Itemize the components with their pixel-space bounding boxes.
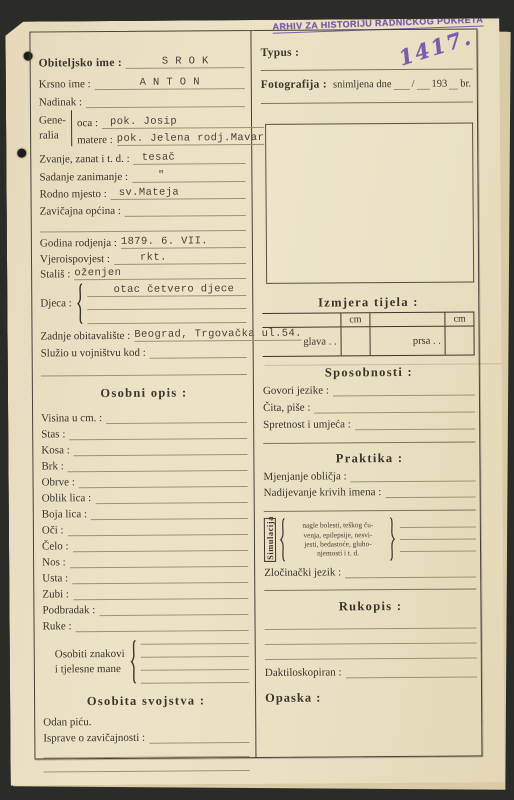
- field-line: [68, 458, 248, 472]
- field-label: Stališ :: [40, 269, 74, 280]
- field-line: [449, 77, 458, 90]
- field-height: Visina u cm. :: [41, 407, 247, 424]
- field-line: pok. Josip: [102, 115, 264, 129]
- simulation-lines-area: [396, 516, 477, 561]
- section-heading-body-measurements: Izmjera tijela :: [262, 294, 474, 309]
- field-label: Podbradak :: [42, 605, 99, 616]
- field-value: sv.Mateja: [119, 186, 179, 198]
- field-line: [106, 410, 247, 424]
- field-label: Mjenjanje obličja :: [263, 471, 350, 483]
- section-heading-handwriting: Rukopis :: [264, 598, 476, 613]
- field-marital-status: Stališ : oženjen: [40, 264, 246, 280]
- special-marks-brace: [130, 640, 137, 684]
- children-label: Djeca :: [40, 283, 77, 324]
- field-forehead: Čelo :: [42, 535, 248, 552]
- field-line: [73, 586, 248, 600]
- field-label: Typus :: [261, 47, 304, 59]
- field-appearance-change: Mjenjanje obličja :: [263, 464, 475, 482]
- field-label: Boja lica :: [42, 509, 91, 520]
- field-label: Visina u cm. :: [41, 413, 106, 424]
- blank-line: [265, 642, 477, 644]
- field-nose: Nos :: [42, 551, 248, 568]
- head-label: glava . .: [262, 327, 340, 356]
- field-first-name: Krsno ime : A N T O N: [39, 68, 245, 90]
- field-father: oca : pok. Josip: [77, 111, 264, 129]
- field-line: [141, 631, 249, 645]
- special-marks-label-line1: Osobiti znakovi: [55, 647, 125, 662]
- special-marks-lines: [141, 639, 249, 684]
- field-line: [72, 570, 248, 584]
- field-generalia: Gene- ralia oca : pok. Josip matere : po…: [39, 109, 245, 146]
- field-label: Spretnost i umjeća :: [263, 419, 355, 431]
- field-label: Čelo :: [42, 541, 73, 552]
- blank-line: [265, 627, 477, 629]
- field-label: Zvanje, zanat i t. d. :: [39, 154, 133, 166]
- separator-line: [261, 101, 473, 103]
- generalia-divider: [71, 110, 72, 146]
- field-special-marks: Osobiti znakovi i tjelesne mane: [43, 639, 249, 684]
- field-face-shape: Oblik lica :: [42, 487, 248, 504]
- field-line: [79, 474, 248, 488]
- head-value-cell: [340, 327, 370, 355]
- measurements-header-row: cm cm: [262, 312, 474, 327]
- measurements-value-row: glava . . prsa . .: [262, 326, 474, 356]
- separator-line: [264, 509, 476, 511]
- field-children: Djeca : otac četvero djece: [40, 282, 246, 324]
- separator-line: [261, 68, 473, 70]
- field-value: S R O K: [162, 55, 209, 67]
- cm-header: cm: [340, 313, 370, 326]
- field-label: Fotografija :: [261, 79, 331, 91]
- field-value: 1879. 6. VII.: [121, 235, 208, 248]
- field-label: Nadijevanje krivih imena :: [264, 487, 386, 499]
- left-column: Obiteljsko ime : S R O K Krsno ime : A N…: [30, 31, 256, 759]
- chest-value-cell: [445, 326, 475, 354]
- field-line: [400, 538, 476, 540]
- field-citizenship-documents: Isprave o zavičajnosti :: [43, 727, 249, 744]
- field-teeth: Zubi :: [42, 583, 248, 600]
- photo-caption-1: snimljena dne: [331, 79, 394, 90]
- field-line: [150, 345, 247, 359]
- simulation-description: nagle bolesti, teškog ču- venja, epileps…: [290, 517, 386, 562]
- special-marks-label: Osobiti znakovi i tjelesne mane: [55, 640, 130, 685]
- children-lines: otac četvero djece: [88, 282, 247, 324]
- field-label: Isprave o zavičajnosti :: [43, 733, 149, 745]
- field-line: [385, 484, 476, 498]
- note-devoted-to-drink: Odan piću.: [43, 713, 249, 728]
- field-label: Zločinački jezik :: [264, 567, 345, 579]
- note-text: Odan piću.: [43, 717, 95, 728]
- field-line: sv.Mateja: [111, 186, 246, 200]
- field-hands: Ruke :: [42, 615, 248, 632]
- field-label: Sadanje zanimanje :: [39, 172, 132, 184]
- field-line: [141, 644, 249, 658]
- field-line: [69, 426, 247, 440]
- field-line: [70, 554, 249, 568]
- field-line: [141, 657, 249, 671]
- field-skills: Spretnost i umjeća :: [263, 412, 475, 430]
- section-heading-abilities: Sposobnosti :: [263, 364, 475, 379]
- field-label: Oči :: [42, 525, 68, 536]
- simulation-label: Simulacija: [264, 518, 276, 562]
- field-family-name: Obiteljsko ime : S R O K: [39, 45, 245, 69]
- field-moustache: Brk :: [41, 455, 247, 472]
- generalia-label-line1: Gene-: [39, 113, 66, 128]
- field-label: Zubi :: [42, 589, 73, 600]
- field-line: [141, 670, 249, 684]
- field-build: Stas :: [41, 423, 247, 440]
- blank-line: [43, 756, 249, 758]
- field-label: Obrve :: [42, 477, 79, 488]
- header-spacer: [262, 313, 340, 327]
- field-criminal-language: Zločinački jezik :: [264, 562, 476, 578]
- right-column: Typus : Fotografija : snimljena dne / 19…: [251, 29, 487, 757]
- field-birth-year: Godina rodjenja : 1879. 6. VII.: [40, 231, 246, 249]
- section-heading-remarks: Opaska :: [265, 689, 477, 705]
- field-line: [355, 416, 476, 430]
- field-line: [88, 309, 247, 324]
- special-marks-label-line2: i tjelesne mane: [55, 662, 125, 677]
- field-line: [95, 490, 248, 504]
- punch-hole-bottom: [17, 149, 26, 158]
- field-line: [86, 94, 245, 108]
- blank-line: [41, 374, 247, 376]
- field-eyebrows: Obrve :: [41, 471, 247, 488]
- document-paper: NARODNA REPUBLIKA HRVATSKA ARHIV ZA HIST…: [5, 18, 504, 785]
- field-current-job: Sadanje zanimanje : ": [39, 164, 245, 183]
- field-label: Djeca :: [40, 296, 72, 311]
- field-fingerprinted: Daktiloskopiran :: [265, 658, 477, 678]
- generalia-label: Gene- ralia: [39, 110, 71, 146]
- field-religion: Vjeroispovjest : rkt.: [40, 248, 246, 265]
- field-line: [400, 526, 476, 528]
- field-value: tesač: [142, 151, 176, 163]
- field-label: Rodno mjesto :: [40, 189, 111, 200]
- form-frame: Obiteljsko ime : S R O K Krsno ime : A N…: [29, 28, 482, 759]
- header-spacer: [370, 313, 444, 327]
- generalia-label-line2: ralia: [39, 128, 66, 143]
- field-municipality: Zavičajna općina :: [40, 199, 246, 217]
- field-line: oženjen: [74, 266, 246, 280]
- field-line: [333, 382, 475, 396]
- field-value: oženjen: [74, 267, 121, 279]
- field-false-names: Nadijevanje krivih imena :: [264, 481, 476, 498]
- field-line: [125, 203, 246, 217]
- field-value: pok. Jelena rodj.Mavar: [117, 132, 265, 145]
- field-eyes: Oči :: [42, 519, 248, 536]
- cm-header: cm: [445, 312, 475, 325]
- generalia-lines: oca : pok. Josip matere : pok. Jelena ro…: [77, 109, 264, 146]
- field-line: pok. Jelena rodj.Mavar: [117, 132, 265, 146]
- field-label: Zadnje obitavalište :: [41, 331, 135, 343]
- field-value: otac četvero djece: [114, 283, 235, 296]
- field-line: [99, 602, 248, 616]
- section-heading-special-traits: Osobita svojstva :: [43, 693, 249, 708]
- field-line: A N T O N: [95, 76, 245, 90]
- field-languages: Govori jezike :: [263, 378, 475, 396]
- field-line: [346, 664, 478, 678]
- field-line: [314, 399, 475, 413]
- field-value: A N T O N: [140, 76, 200, 88]
- field-label: Govori jezike :: [263, 385, 333, 396]
- field-label: Daktiloskopiran :: [265, 667, 346, 679]
- field-label: Nadinak :: [39, 97, 86, 108]
- field-nickname: Nadinak :: [39, 89, 245, 108]
- field-line: [345, 564, 476, 578]
- field-reads-writes: Čita, piše :: [263, 395, 475, 413]
- photo-year-prefix: 193: [429, 79, 449, 90]
- separator-line: [264, 588, 476, 590]
- field-mother: matere : pok. Jelena rodj.Mavar: [77, 128, 264, 146]
- section-heading-praktika: Praktika :: [263, 450, 475, 465]
- field-label: Stas :: [41, 429, 69, 440]
- field-label: Brk :: [41, 461, 67, 472]
- photo-frame: [265, 122, 474, 283]
- field-label: Čita, piše :: [263, 403, 314, 414]
- field-label: Ruke :: [43, 621, 76, 632]
- field-line: tesač: [134, 151, 246, 165]
- section-heading-personal-description: Osobni opis :: [41, 385, 247, 400]
- field-mouth: Usta :: [42, 567, 248, 584]
- field-line: [91, 506, 248, 520]
- field-label: oca :: [77, 118, 102, 129]
- field-line: [394, 77, 410, 90]
- field-value: pok. Josip: [110, 115, 177, 128]
- field-typus: Typus :: [260, 41, 472, 58]
- field-line: rkt.: [114, 251, 246, 265]
- field-label: Nos :: [42, 557, 70, 568]
- field-line: 1879. 6. VII.: [121, 235, 246, 249]
- field-birthplace: Rodno mjesto : sv.Mateja: [39, 182, 245, 200]
- field-label: Obiteljsko ime :: [39, 57, 126, 69]
- field-photograph: Fotografija : snimljena dne / 193 br.: [261, 73, 473, 90]
- photo-number-label: br.: [458, 78, 473, 89]
- field-label: Služio u vojništvu kod :: [41, 348, 150, 360]
- children-brace: [77, 283, 84, 324]
- field-line: S R O K: [126, 55, 245, 69]
- field-line: [68, 522, 248, 536]
- field-line: ": [132, 169, 246, 183]
- field-label: Kosa :: [41, 445, 73, 456]
- blank-line: [44, 770, 250, 772]
- simulation-block: Simulacija nagle bolesti, teškog ču- ven…: [264, 516, 477, 561]
- field-military-service: Služio u vojništvu kod :: [41, 341, 247, 359]
- field-line: [416, 77, 429, 90]
- chest-label: prsa . .: [370, 327, 444, 356]
- field-occupation: Zvanje, zanat i t. d. : tesač: [39, 145, 245, 165]
- field-line: [74, 442, 248, 456]
- field-value: ": [158, 170, 165, 182]
- field-line: [351, 468, 476, 482]
- field-line: otac četvero djece: [88, 282, 247, 297]
- field-line: [88, 296, 247, 311]
- field-value: rkt.: [140, 252, 167, 264]
- field-label: Vjeroispovjest :: [40, 254, 114, 266]
- field-complexion: Boja lica :: [42, 503, 248, 520]
- field-hair: Kosa :: [41, 439, 247, 456]
- field-label: matere :: [77, 135, 117, 146]
- field-line: [149, 730, 249, 744]
- field-label: Usta :: [42, 573, 72, 584]
- field-label: Zavičajna općina :: [40, 206, 125, 218]
- separator-line: [263, 441, 475, 443]
- field-label: Oblik lica :: [42, 493, 96, 504]
- field-line: [73, 538, 248, 552]
- field-line: [400, 550, 476, 552]
- field-label: Godina rodjenja :: [40, 238, 121, 250]
- field-chin: Podbradak :: [42, 599, 248, 616]
- measurements-table: cm cm glava . . prsa . .: [262, 311, 475, 356]
- field-label: Krsno ime :: [39, 79, 95, 90]
- simulation-line: njemosti i t. d.: [290, 548, 386, 558]
- field-line: [76, 618, 249, 632]
- field-last-residence: Zadnje obitavalište : Beograd, Trgovačka…: [40, 323, 246, 342]
- simulation-open-brace: [279, 518, 286, 562]
